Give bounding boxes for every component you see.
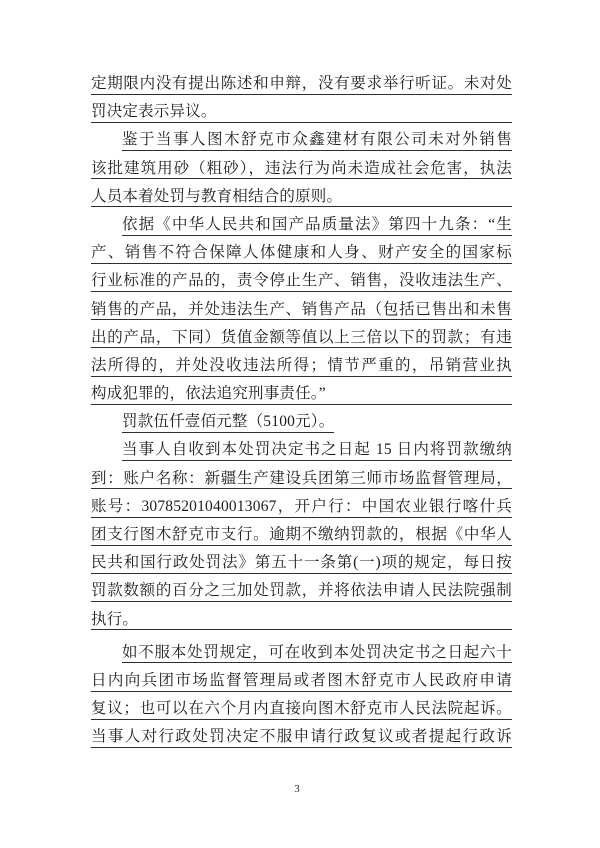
text-line: 当事人对行政处罚决定不服申请行政复议或者提起行政诉 — [91, 723, 512, 751]
text-line: 构成犯罪的，依法追究刑事责任。” — [91, 380, 512, 408]
text-line: 复议；也可以在六个月内直接向图木舒克市人民法院起诉。 — [91, 695, 512, 723]
text-line: 定期限内没有提出陈述和申辩，没有要求举行听证。未对处 — [91, 70, 512, 98]
text-line: 日内向兵团市场监督管理局或者图木舒克市人民政府申请 — [91, 667, 512, 695]
text-line: 团支行图木舒克市支行。逾期不缴纳罚款的，根据《中华人 — [91, 521, 512, 549]
text-line: 产、销售不符合保障人体健康和人身、财产安全的国家标准、 — [91, 239, 512, 267]
document-text-block: 定期限内没有提出陈述和申辩，没有要求举行听证。未对处罚决定表示异议。鉴于当事人图… — [91, 70, 512, 752]
text-line: 当事人自收到本处罚决定书之日起 15 日内将罚款缴纳 — [91, 436, 512, 464]
text-line: 如不服本处罚规定，可在收到本处罚决定书之日起六十 — [91, 639, 512, 667]
text-line: 鉴于当事人图木舒克市众鑫建材有限公司未对外销售 — [91, 126, 512, 154]
text-line: 罚决定表示异议。 — [91, 98, 512, 126]
text-line: 销售的产品，并处违法生产、销售产品（包括已售出和未售 — [91, 296, 512, 324]
text-line: 罚款数额的百分之三加处罚款，并将依法申请人民法院强制 — [91, 577, 512, 605]
text-line: 该批建筑用砂（粗砂），违法行为尚未造成社会危害，执法 — [91, 155, 512, 183]
text-line: 依据《中华人民共和国产品质量法》第四十九条：“生 — [91, 211, 512, 239]
text-line: 出的产品，下同）货值金额等值以上三倍以下的罚款；有违 — [91, 324, 512, 352]
document-page: 定期限内没有提出陈述和申辩，没有要求举行听证。未对处罚决定表示异议。鉴于当事人图… — [0, 0, 600, 848]
text-line: 到：账户名称：新疆生产建设兵团第三师市场监督管理局， — [91, 465, 512, 493]
text-line: 执行。 — [91, 606, 512, 634]
text-line: 罚款伍仟壹佰元整（5100元）。 — [91, 408, 512, 436]
page-number: 3 — [0, 783, 594, 795]
text-line: 账号：30785201040013067，开户行：中国农业银行喀什兵 — [91, 493, 512, 521]
text-line: 民共和国行政处罚法》第五十一条第(一)项的规定，每日按 — [91, 549, 512, 577]
text-line: 人员本着处罚与教育相结合的原则。 — [91, 183, 512, 211]
text-line: 行业标准的产品的，责令停止生产、销售，没收违法生产、 — [91, 267, 512, 295]
text-line: 法所得的，并处没收违法所得；情节严重的，吊销营业执照； — [91, 352, 512, 380]
